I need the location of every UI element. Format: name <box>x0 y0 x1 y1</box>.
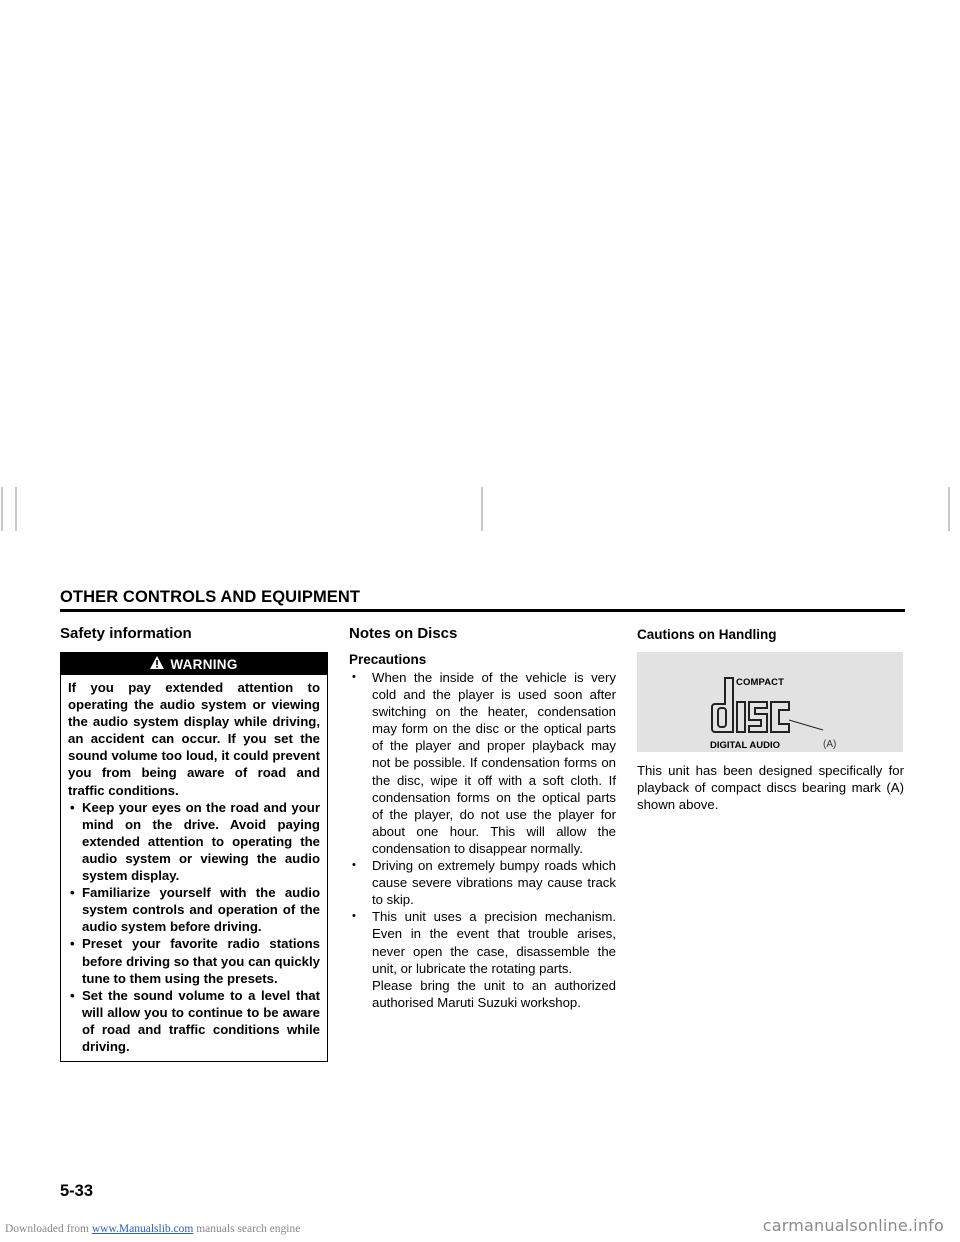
warning-item: Set the sound volume to a level that wil… <box>68 987 320 1055</box>
warning-item: Preset your favorite radio stations befo… <box>68 935 320 986</box>
logo-bottom-text: DIGITAL AUDIO <box>710 740 780 751</box>
safety-title: Safety information <box>60 625 328 642</box>
download-line: Downloaded from www.Manualslib.com manua… <box>5 1223 300 1235</box>
precautions-title: Precautions <box>349 652 616 667</box>
precaution-text: When the inside of the vehicle is very c… <box>372 669 616 857</box>
warning-triangle-icon <box>150 656 170 672</box>
crop-mark <box>948 487 950 531</box>
logo-top-text: COMPACT <box>736 677 784 688</box>
precaution-text: Driving on extremely bumpy roads which c… <box>372 857 616 908</box>
warning-header: WARNING <box>61 653 327 675</box>
warning-list: Keep your eyes on the road and your mind… <box>68 799 320 1055</box>
manualslib-link[interactable]: www.Manualslib.com <box>92 1223 193 1235</box>
crop-mark <box>1 487 3 531</box>
page-number: 5-33 <box>60 1182 93 1201</box>
download-prefix: Downloaded from <box>5 1223 89 1235</box>
warning-intro: If you pay extended attention to operati… <box>68 679 320 799</box>
notes-column: Notes on Discs Precautions When the insi… <box>349 625 616 1011</box>
precaution-item: This unit uses a precision mechanism. Ev… <box>349 908 616 1011</box>
warning-box: WARNING If you pay extended attention to… <box>60 652 328 1062</box>
crop-mark <box>481 487 483 531</box>
handling-title: Cautions on Handling <box>637 627 904 642</box>
figure-marker-label: (A) <box>823 739 836 750</box>
watermark: carmanualsonline.info <box>763 1216 944 1235</box>
warning-item: Familiarize yourself with the audio syst… <box>68 884 320 935</box>
warning-label: WARNING <box>170 657 237 672</box>
crop-mark <box>15 487 17 531</box>
header-rule <box>60 609 905 612</box>
section-header: OTHER CONTROLS AND EQUIPMENT <box>60 588 360 607</box>
precaution-extra: Please bring the unit to an authorized a… <box>372 977 616 1011</box>
precaution-item: Driving on extremely bumpy roads which c… <box>349 857 616 908</box>
precaution-text: This unit uses a precision mechanism. Ev… <box>372 908 616 976</box>
handling-column: Cautions on Handling COMPACT DIGITAL AUD… <box>637 625 904 813</box>
notes-title: Notes on Discs <box>349 625 616 642</box>
safety-column: Safety information WARNING If you pay ex… <box>60 625 328 1062</box>
warning-item: Keep your eyes on the road and your mind… <box>68 799 320 884</box>
warning-body: If you pay extended attention to operati… <box>61 675 327 1061</box>
precautions-list: When the inside of the vehicle is very c… <box>349 669 616 1011</box>
compact-disc-figure: COMPACT DIGITAL AUDIO (A) <box>637 652 903 752</box>
download-suffix: manuals search engine <box>196 1223 300 1235</box>
handling-body: This unit has been designed specifically… <box>637 762 904 813</box>
precaution-item: When the inside of the vehicle is very c… <box>349 669 616 857</box>
